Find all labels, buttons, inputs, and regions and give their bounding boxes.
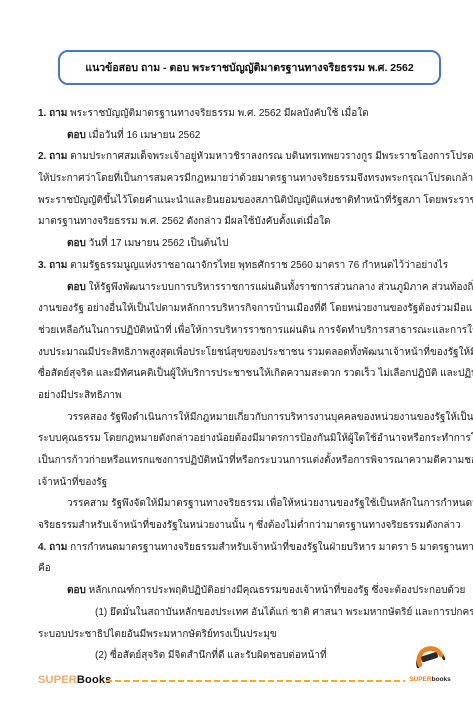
text-line: คือ: [38, 558, 442, 580]
document-body: 1. ถาม พระราชบัญญัติมาตรฐานทางจริยธรรม พ…: [38, 103, 442, 667]
text-line: ระบบคุณธรรม โดยกฎหมายดังกล่าวอย่างน้อยต้…: [38, 428, 442, 450]
text-line: 1. ถาม พระราชบัญญัติมาตรฐานทางจริยธรรม พ…: [38, 103, 442, 125]
text-line: ตอบ ให้รัฐพึงพัฒนาระบบการบริหารราชการแผ่…: [67, 277, 442, 299]
page-footer: SUPERBooks SUPERbooks: [38, 638, 453, 692]
logo-caption-super: SUPER: [409, 676, 431, 683]
line-prefix: 1. ถาม: [38, 108, 67, 119]
text-line: จริยธรรมสำหรับเจ้าหน้าที่ของรัฐในหน่วยงา…: [38, 515, 442, 537]
swirl-logo-icon: [411, 638, 449, 676]
text-line: เป็นการก้าวก่ายหรือแทรกแซงการปฏิบัติหน้า…: [38, 450, 442, 472]
text-line: ตอบ หลักเกณฑ์การประพฤติปฏิบัติอย่างมีคุณ…: [67, 580, 442, 602]
text-line: ซื่อสัตย์สุจริต และมีทัศนคติเป็นผู้ให้บร…: [38, 363, 442, 385]
text-line: 4. ถาม การกำหนดมาตรฐานทางจริยธรรมสำหรับเ…: [38, 537, 442, 559]
text-line: อย่างมีประสิทธิภาพ: [38, 385, 442, 407]
document-page: แนวข้อสอบ ถาม - ตอบ พระราชบัญญัติมาตรฐาน…: [0, 0, 473, 710]
line-prefix: ตอบ: [67, 585, 86, 596]
footer-brand-super: SUPER: [38, 674, 77, 686]
publisher-logo: SUPERbooks: [407, 638, 453, 692]
logo-caption: SUPERbooks: [407, 676, 453, 684]
text-line: ตอบ วันที่ 17 เมษายน 2562 เป็นต้นไป: [67, 233, 442, 255]
text-line: ตอบ เมื่อวันที่ 16 เมษายน 2562: [67, 125, 442, 147]
line-prefix: 2. ถาม: [38, 151, 67, 162]
text-line: มาตรฐานทางจริยธรรม พ.ศ. 2562 ดังกล่าว มี…: [38, 211, 442, 233]
text-line: ให้ประกาศว่าโดยที่เป็นการสมควรมีกฎหมายว่…: [38, 168, 442, 190]
line-prefix: 3. ถาม: [38, 260, 67, 271]
text-line: ช่วยเหลือกันในการปฏิบัติหน้าที่ เพื่อให้…: [38, 320, 442, 342]
line-prefix: ตอบ: [67, 282, 86, 293]
text-line: วรรคสอง รัฐพึงดำเนินการให้มีกฎหมายเกี่ยว…: [67, 407, 442, 429]
text-line: (1) ยึดมั่นในสถาบันหลักของประเทศ อันได้แ…: [95, 602, 442, 624]
title-box: แนวข้อสอบ ถาม - ตอบ พระราชบัญญัติมาตรฐาน…: [58, 50, 441, 85]
text-line: เจ้าหน้าที่ของรัฐ: [38, 472, 442, 494]
logo-caption-books: books: [432, 676, 451, 683]
text-line: 2. ถาม ตามประกาศสมเด็จพระเจ้าอยู่หัวมหาว…: [38, 146, 442, 168]
footer-divider: [106, 680, 405, 682]
text-line: งานของรัฐ อย่างอื่นให้เป็นไปตามหลักการบร…: [38, 298, 442, 320]
page-title: แนวข้อสอบ ถาม - ตอบ พระราชบัญญัติมาตรฐาน…: [85, 59, 413, 76]
line-prefix: 4. ถาม: [38, 542, 67, 553]
line-prefix: ตอบ: [67, 238, 86, 249]
text-line: งบประมาณมีประสิทธิภาพสูงสุดเพื่อประโยชน์…: [38, 342, 442, 364]
text-line: 3. ถาม ตามรัฐธรรมนูญแห่งราชอาณาจักรไทย พ…: [38, 255, 442, 277]
line-prefix: ตอบ: [67, 130, 86, 141]
text-line: พระราชบัญญัติขึ้นไว้โดยคำแนะนำและยินยอมข…: [38, 190, 442, 212]
text-line: วรรคสาม รัฐพึงจัดให้มีมาตรฐานทางจริยธรรม…: [67, 493, 442, 515]
footer-brand: SUPERBooks: [38, 674, 112, 686]
